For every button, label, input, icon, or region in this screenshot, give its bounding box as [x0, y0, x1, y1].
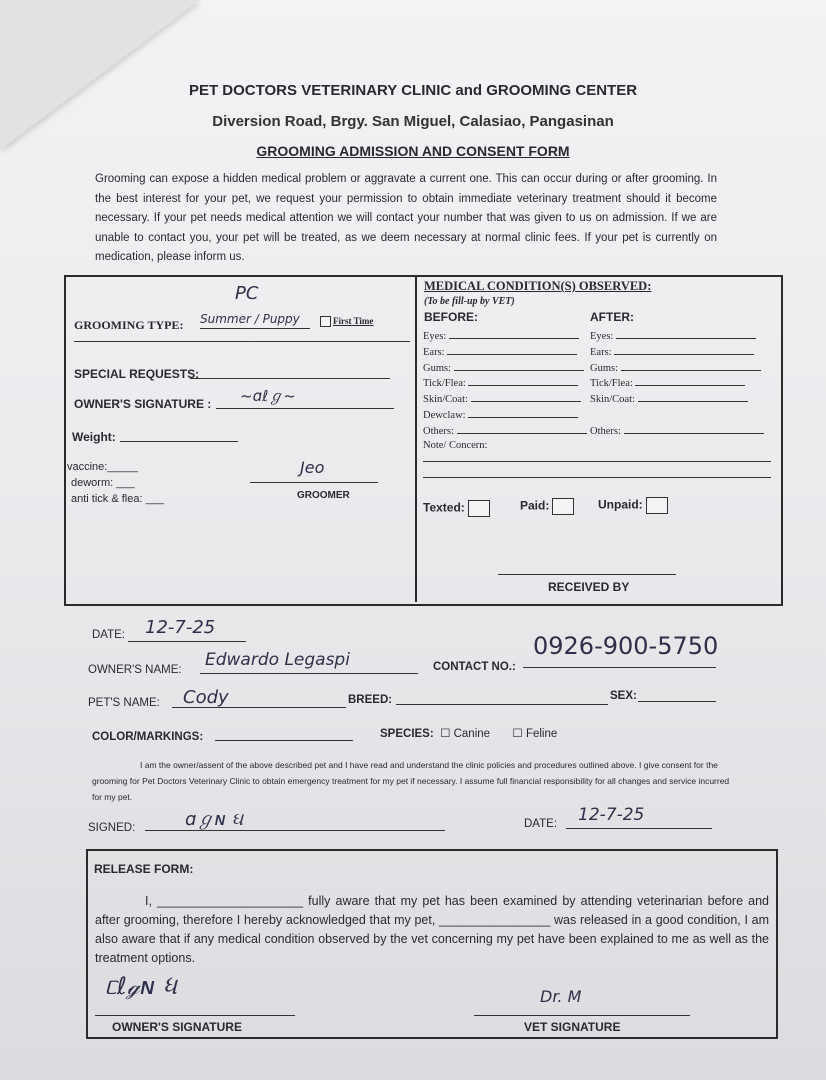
- unpaid-checkbox[interactable]: [646, 497, 668, 514]
- sex-input[interactable]: [638, 701, 716, 702]
- groomer-line[interactable]: [250, 482, 378, 483]
- consent-date-input[interactable]: 12-7-25: [578, 805, 644, 825]
- release-text: I, _____________________ fully aware tha…: [95, 892, 769, 968]
- first-time-checkbox[interactable]: First Time: [320, 316, 373, 327]
- contact-label: CONTACT NO.:: [433, 661, 516, 673]
- species-field: SPECIES: ☐ Canine ☐ Feline: [380, 726, 557, 740]
- release-owner-line[interactable]: [95, 1015, 295, 1016]
- note-line-2[interactable]: [423, 477, 771, 478]
- vaccine-field[interactable]: vaccine:_____: [67, 461, 138, 473]
- owner-signature-line[interactable]: [216, 408, 394, 409]
- first-time-label: First Time: [333, 316, 373, 326]
- note-concern-label: Note/ Concern:: [423, 440, 487, 451]
- grooming-extra-line: [74, 341, 410, 342]
- release-owner-signature: ᥴℓℊɴ ધ: [105, 972, 177, 1000]
- clinic-address: Diversion Road, Brgy. San Miguel, Calasi…: [0, 113, 826, 130]
- date-label: DATE:: [92, 629, 125, 641]
- consent-text: I am the owner/assent of the above descr…: [92, 757, 732, 805]
- antitick-field[interactable]: anti tick & flea: ___: [71, 493, 164, 505]
- date-line: [128, 641, 246, 642]
- pet-name-label: PET'S NAME:: [88, 697, 160, 709]
- deworm-field[interactable]: deworm: ___: [71, 477, 135, 489]
- before-field[interactable]: Skin/Coat:: [423, 391, 581, 405]
- form-title: GROOMING ADMISSION AND CONSENT FORM: [0, 143, 826, 159]
- release-title: RELEASE FORM:: [94, 862, 193, 876]
- special-requests-label: SPECIAL REQUESTS:: [74, 367, 199, 381]
- date-input[interactable]: 12-7-25: [145, 617, 215, 638]
- color-label: COLOR/MARKINGS:: [92, 731, 203, 743]
- special-requests-input[interactable]: [190, 378, 390, 379]
- before-field[interactable]: Ears:: [423, 344, 577, 358]
- owner-name-label: OWNER'S NAME:: [88, 664, 182, 676]
- vet-line[interactable]: [474, 1015, 690, 1016]
- color-input[interactable]: [215, 740, 353, 741]
- signed-label: SIGNED:: [88, 822, 135, 834]
- species-feline-option[interactable]: ☐ Feline: [512, 728, 557, 740]
- breed-input[interactable]: [396, 704, 608, 705]
- after-label: AFTER:: [590, 310, 634, 324]
- sex-label: SEX:: [610, 690, 637, 702]
- consent-date-line: [566, 828, 712, 829]
- pet-name-input[interactable]: Cody: [183, 687, 229, 708]
- weight-label: Weight:: [72, 430, 116, 444]
- owner-signature-mark: ~ɑℓℊ~: [240, 385, 296, 406]
- weight-input[interactable]: [120, 441, 238, 442]
- contact-line: [523, 667, 716, 668]
- owner-name-line: [200, 673, 418, 674]
- checkbox-icon: [320, 316, 331, 327]
- grooming-type-note: PC: [235, 283, 258, 304]
- owner-signature-label: OWNER'S SIGNATURE :: [74, 397, 211, 411]
- clinic-name: PET DOCTORS VETERINARY CLINIC and GROOMI…: [0, 82, 826, 99]
- after-field[interactable]: Tick/Flea:: [590, 375, 745, 389]
- release-pet-name-blank[interactable]: ________________: [439, 913, 550, 927]
- groomer-label: GROOMER: [297, 490, 350, 501]
- before-field[interactable]: Others:: [423, 423, 587, 437]
- species-canine-option[interactable]: ☐ Canine: [440, 728, 490, 740]
- consent-date-label: DATE:: [524, 818, 557, 830]
- before-field[interactable]: Dewclaw:: [423, 407, 578, 421]
- groomer-signature: Jeo: [300, 458, 324, 477]
- medical-subtitle: (To be fill-up by VET): [424, 296, 515, 307]
- after-field[interactable]: Others:: [590, 423, 764, 437]
- paid-checkbox[interactable]: [552, 498, 574, 515]
- texted-field[interactable]: Texted:: [423, 500, 490, 517]
- before-field[interactable]: Gums:: [423, 360, 584, 374]
- note-line-1[interactable]: [423, 461, 771, 462]
- intro-paragraph: Grooming can expose a hidden medical pro…: [95, 170, 717, 268]
- vet-signature: Dr. M: [540, 987, 581, 1006]
- received-by-line[interactable]: [498, 574, 676, 575]
- breed-label: BREED:: [348, 694, 392, 706]
- signed-signature: ɑℊɴ ઘ: [185, 805, 243, 831]
- after-field[interactable]: Gums:: [590, 360, 761, 374]
- before-field[interactable]: Tick/Flea:: [423, 375, 578, 389]
- after-field[interactable]: Ears:: [590, 344, 754, 358]
- unpaid-field[interactable]: Unpaid:: [598, 497, 668, 514]
- vet-signature-label: VET SIGNATURE: [524, 1020, 620, 1034]
- after-field[interactable]: Eyes:: [590, 328, 756, 342]
- release-owner-name-blank[interactable]: _____________________: [157, 894, 303, 908]
- after-field[interactable]: Skin/Coat:: [590, 391, 748, 405]
- owner-name-input[interactable]: Edwardo Legaspi: [205, 650, 350, 670]
- before-label: BEFORE:: [424, 310, 478, 324]
- release-owner-label: OWNER'S SIGNATURE: [112, 1020, 242, 1034]
- grooming-type-line: [200, 328, 310, 329]
- contact-input[interactable]: 0926-900-5750: [533, 632, 718, 660]
- medical-title: MEDICAL CONDITION(S) OBSERVED:: [424, 279, 651, 294]
- paid-field[interactable]: Paid:: [520, 498, 574, 515]
- received-by-label: RECEIVED BY: [548, 580, 629, 594]
- column-divider: [415, 276, 417, 602]
- grooming-type-label: GROOMING TYPE:: [74, 318, 183, 333]
- before-field[interactable]: Eyes:: [423, 328, 579, 342]
- grooming-type-input[interactable]: Summer / Puppy: [200, 312, 300, 326]
- texted-checkbox[interactable]: [468, 500, 490, 517]
